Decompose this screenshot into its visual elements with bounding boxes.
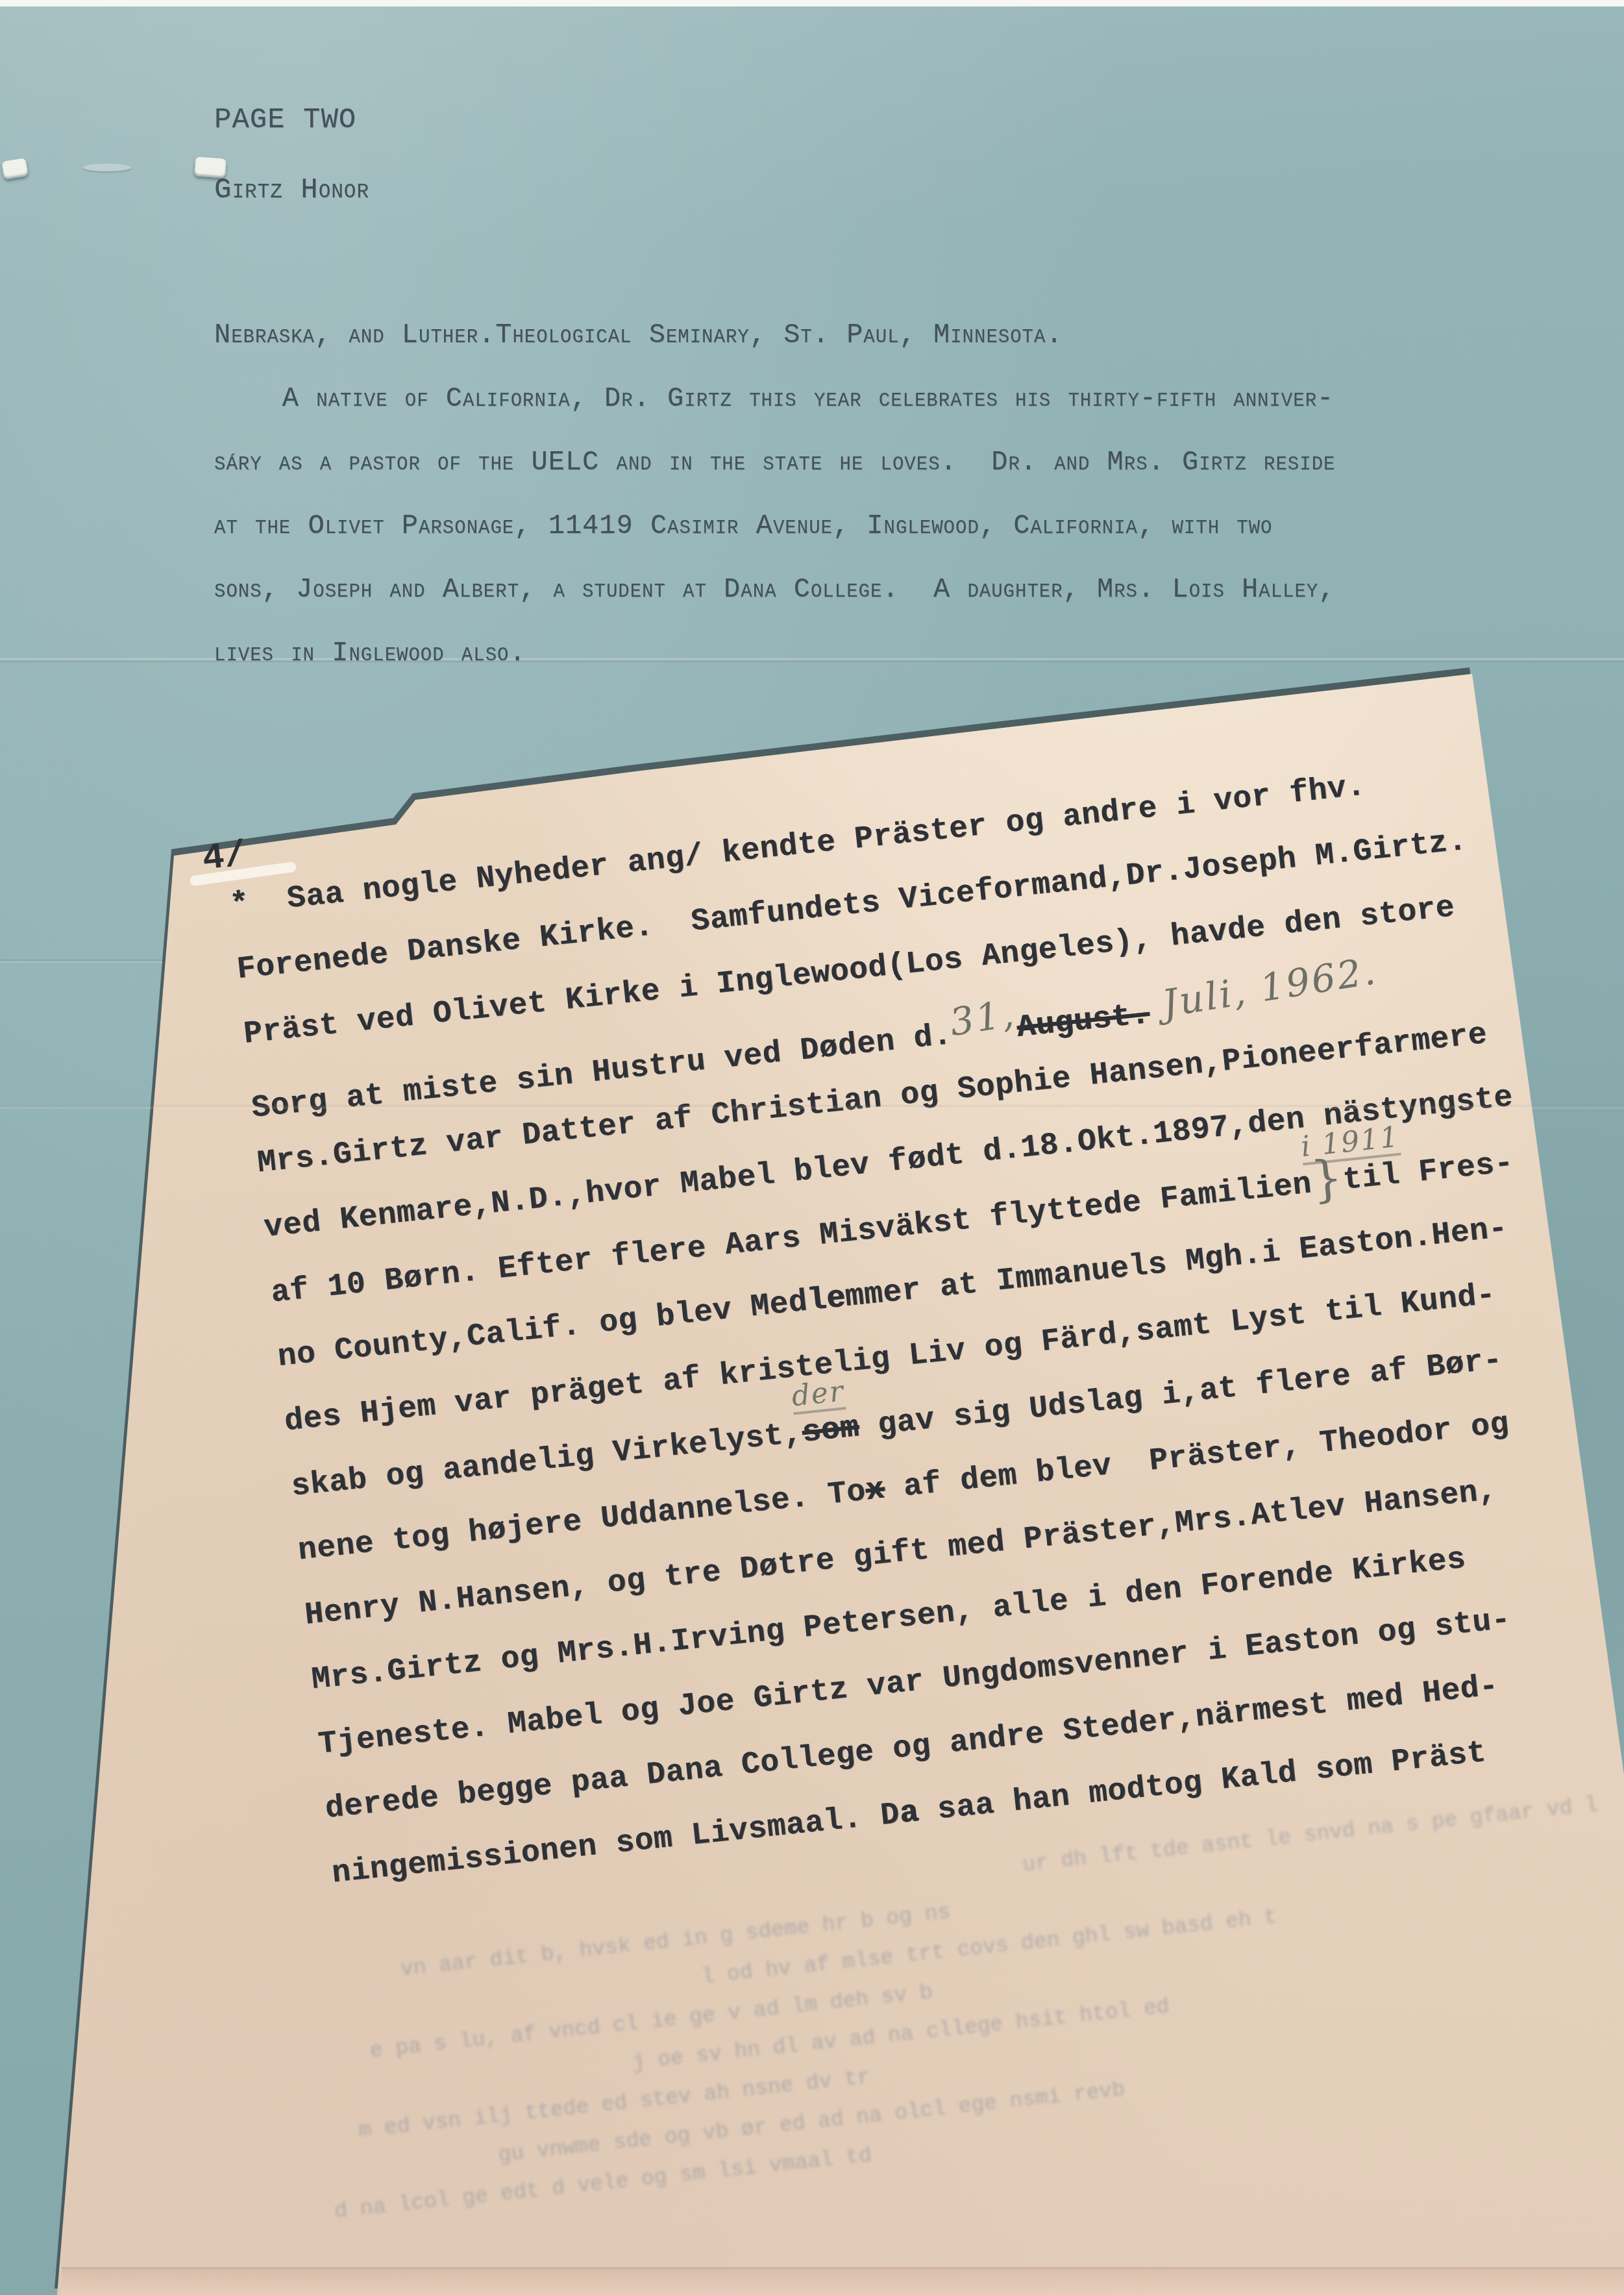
typed-line: lives in Inglewood also. — [214, 638, 1335, 701]
page-number-line: PAGE TWO — [214, 104, 369, 174]
overstruck-text: le — [806, 1280, 847, 1319]
scanned-document: PAGE TWO Girtz Honor Nebraska, and Luthe… — [0, 0, 1624, 2295]
scanner-background-edge — [0, 0, 1624, 6]
handwritten-brace: } — [1311, 1177, 1343, 1180]
struckthrough-text: August. — [1015, 997, 1151, 1046]
typed-line: sons, Joseph and Albert, a student at Da… — [214, 574, 1335, 638]
staple-mark — [1, 158, 29, 180]
staple-mark — [194, 156, 227, 178]
typed-line: Nebraska, and Luther.Theological Seminar… — [214, 319, 1335, 383]
page-number-mark: 4/ — [201, 834, 249, 880]
fold-crease — [0, 960, 177, 963]
blue-page-body: Nebraska, and Luther.Theological Seminar… — [214, 319, 1335, 701]
typed-line: sáry as a pastor of the UELC and in the … — [214, 447, 1335, 510]
typed-line: A native of California, Dr. Girtz this y… — [214, 383, 1335, 447]
paper-dent — [83, 164, 131, 171]
typed-line: at the Olivet Parsonage, 11419 Casimir A… — [214, 510, 1335, 574]
blue-page-header: PAGE TWO Girtz Honor — [214, 104, 369, 244]
cream-page-body: * Saa nogle Nyheder ang/ kendte Präster … — [228, 739, 1624, 1921]
document-title-line: Girtz Honor — [214, 174, 369, 244]
struckthrough-text: som — [800, 1410, 861, 1451]
bottom-paper-edge — [62, 2267, 1624, 2295]
handwritten-text: 31, — [947, 991, 1019, 1045]
fold-crease — [0, 1105, 1624, 1109]
